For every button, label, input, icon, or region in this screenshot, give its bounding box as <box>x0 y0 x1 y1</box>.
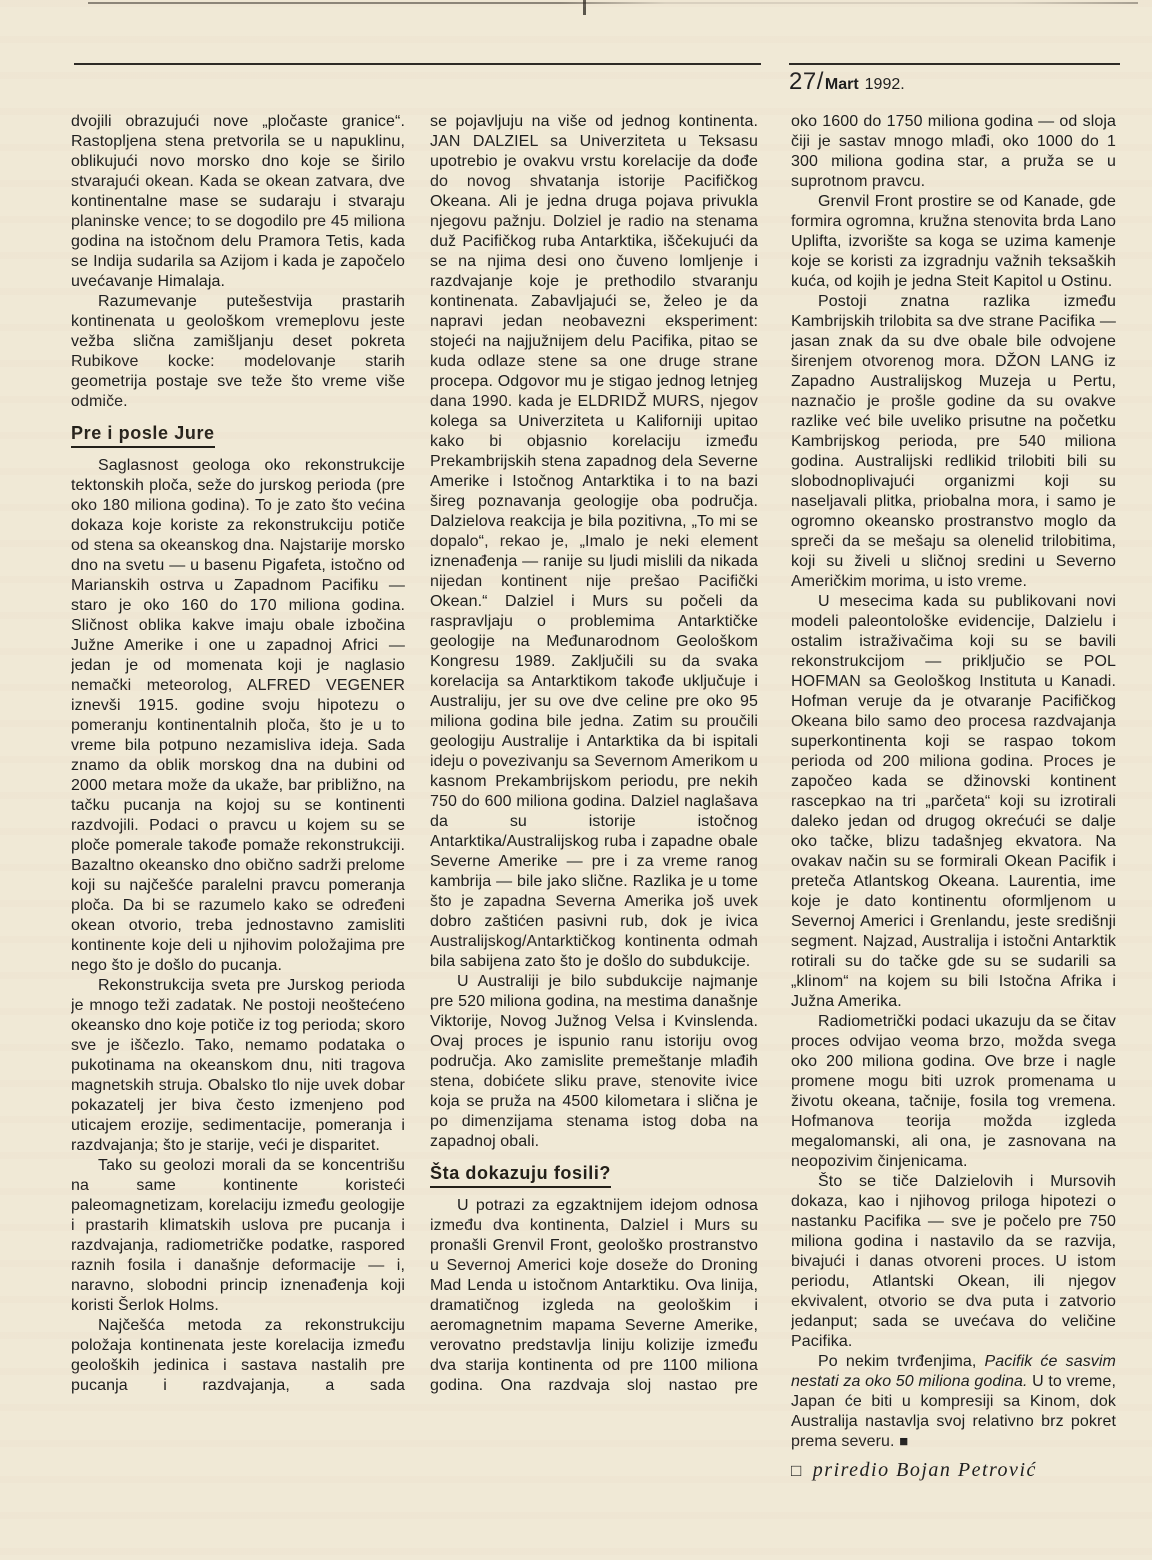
end-of-article-mark: ■ <box>899 1433 908 1450</box>
magazine-page: 27/Mart1992. dvojili obrazujući nove „pl… <box>0 0 1152 1560</box>
paragraph: Radiometrički podaci ukazuju da se čitav… <box>791 1012 1116 1172</box>
paragraph: U mesecima kada su publikovani novi mode… <box>791 592 1116 1012</box>
print-registration-tick <box>583 0 586 15</box>
author-credit: □priredio Bojan Petrović <box>791 1458 1116 1483</box>
issue-year: 1992. <box>865 76 905 94</box>
page-edge-artifact-line <box>88 2 1138 4</box>
paragraph: Saglasnost geologa oko rekonstrukcije te… <box>71 456 405 976</box>
paragraph: U Australiji je bilo subdukcije najmanje… <box>430 972 758 1152</box>
page-header: 27/Mart1992. <box>789 68 905 96</box>
author-credit-text: priredio Bojan Petrović <box>813 1459 1037 1481</box>
paragraph: Grenvil Front prostire se od Kanade, gde… <box>791 192 1116 292</box>
issue-month: Mart <box>825 76 859 94</box>
section-heading: Pre i posle Jure <box>71 422 405 448</box>
header-rule-right <box>789 63 1120 65</box>
header-rule-left <box>74 63 761 65</box>
section-heading-text: Pre i posle Jure <box>71 422 215 448</box>
paragraph: Što se tiče Dalzielovih i Mursovih dokaz… <box>791 1172 1116 1352</box>
paragraph: se pojavljuju na više od jednog kontinen… <box>430 112 758 972</box>
page-number: 27/ <box>789 68 824 96</box>
paragraph: Razumevanje putešestvija prastarih konti… <box>71 292 405 412</box>
page-number-separator: / <box>817 68 824 95</box>
section-heading: Šta dokazuju fosili? <box>430 1162 758 1188</box>
paragraph: dvojili obrazujući nove „pločaste granic… <box>71 112 405 292</box>
paragraph: Rekonstrukcija sveta pre Jurskog perioda… <box>71 976 405 1156</box>
paragraph: Tako su geolozi morali da se koncentrišu… <box>71 1156 405 1316</box>
text-column-3: oko 1600 do 1750 miliona godina — od slo… <box>791 112 1116 1560</box>
paragraph: U potrazi za egzaktnijem idejom odnosa i… <box>430 1196 758 1396</box>
text-column-1: dvojili obrazujući nove „pločaste granic… <box>71 112 405 1560</box>
paragraph: Postoji znatna razlika između Kambrijski… <box>791 292 1116 592</box>
section-heading-text: Šta dokazuju fosili? <box>430 1162 611 1188</box>
paragraph: Po nekim tvrđenjima, Pacifik će sasvim n… <box>791 1352 1116 1452</box>
paragraph: Najčešća metoda za rekonstrukciju položa… <box>71 1316 405 1396</box>
open-square-icon: □ <box>791 1461 803 1480</box>
paragraph: oko 1600 do 1750 miliona godina — od slo… <box>791 112 1116 192</box>
text-column-2: se pojavljuju na više od jednog kontinen… <box>430 112 758 1560</box>
